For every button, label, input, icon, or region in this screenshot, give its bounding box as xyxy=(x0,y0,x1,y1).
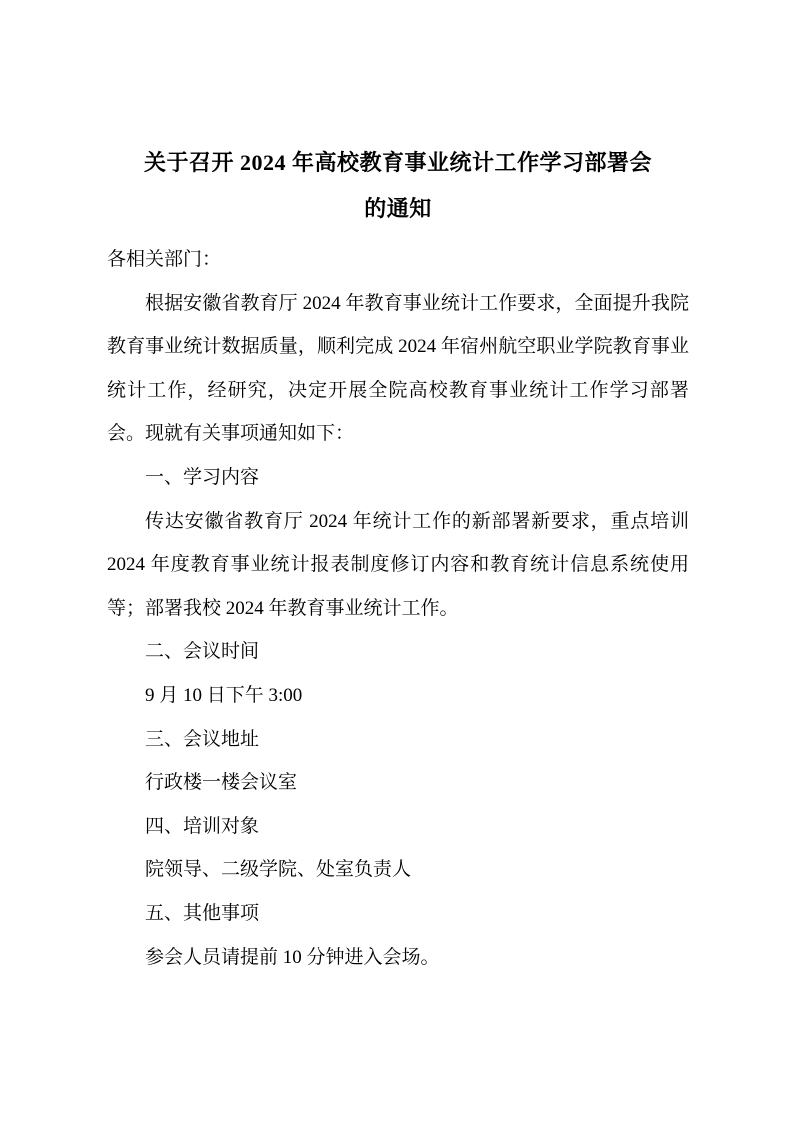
section-1-content: 传达安徽省教育厅 2024 年统计工作的新部署新要求，重点培训 2024 年度教… xyxy=(107,500,689,631)
section-2-heading: 二、会议时间 xyxy=(107,630,689,674)
meeting-time: 9 月 10 日下午 3:00 xyxy=(107,674,689,718)
page-title-line-2: 的通知 xyxy=(107,186,689,232)
meeting-location: 行政楼一楼会议室 xyxy=(107,761,689,805)
document-body: 各相关部门： 根据安徽省教育厅 2024 年教育事业统计工作要求，全面提升我院教… xyxy=(107,238,689,979)
section-5-heading: 五、其他事项 xyxy=(107,892,689,936)
training-audience: 院领导、二级学院、处室负责人 xyxy=(107,848,689,892)
document-page: 关于召开 2024 年高校教育事业统计工作学习部署会 的通知 各相关部门： 根据… xyxy=(0,0,793,1122)
salutation: 各相关部门： xyxy=(107,238,689,282)
intro-paragraph: 根据安徽省教育厅 2024 年教育事业统计工作要求，全面提升我院教育事业统计数据… xyxy=(107,282,689,456)
other-notes: 参会人员请提前 10 分钟进入会场。 xyxy=(107,936,689,980)
page-title: 关于召开 2024 年高校教育事业统计工作学习部署会 的通知 xyxy=(107,140,689,232)
section-1-heading: 一、学习内容 xyxy=(107,456,689,500)
page-title-line-1: 关于召开 2024 年高校教育事业统计工作学习部署会 xyxy=(107,140,689,186)
section-4-heading: 四、培训对象 xyxy=(107,805,689,849)
section-3-heading: 三、会议地址 xyxy=(107,718,689,762)
